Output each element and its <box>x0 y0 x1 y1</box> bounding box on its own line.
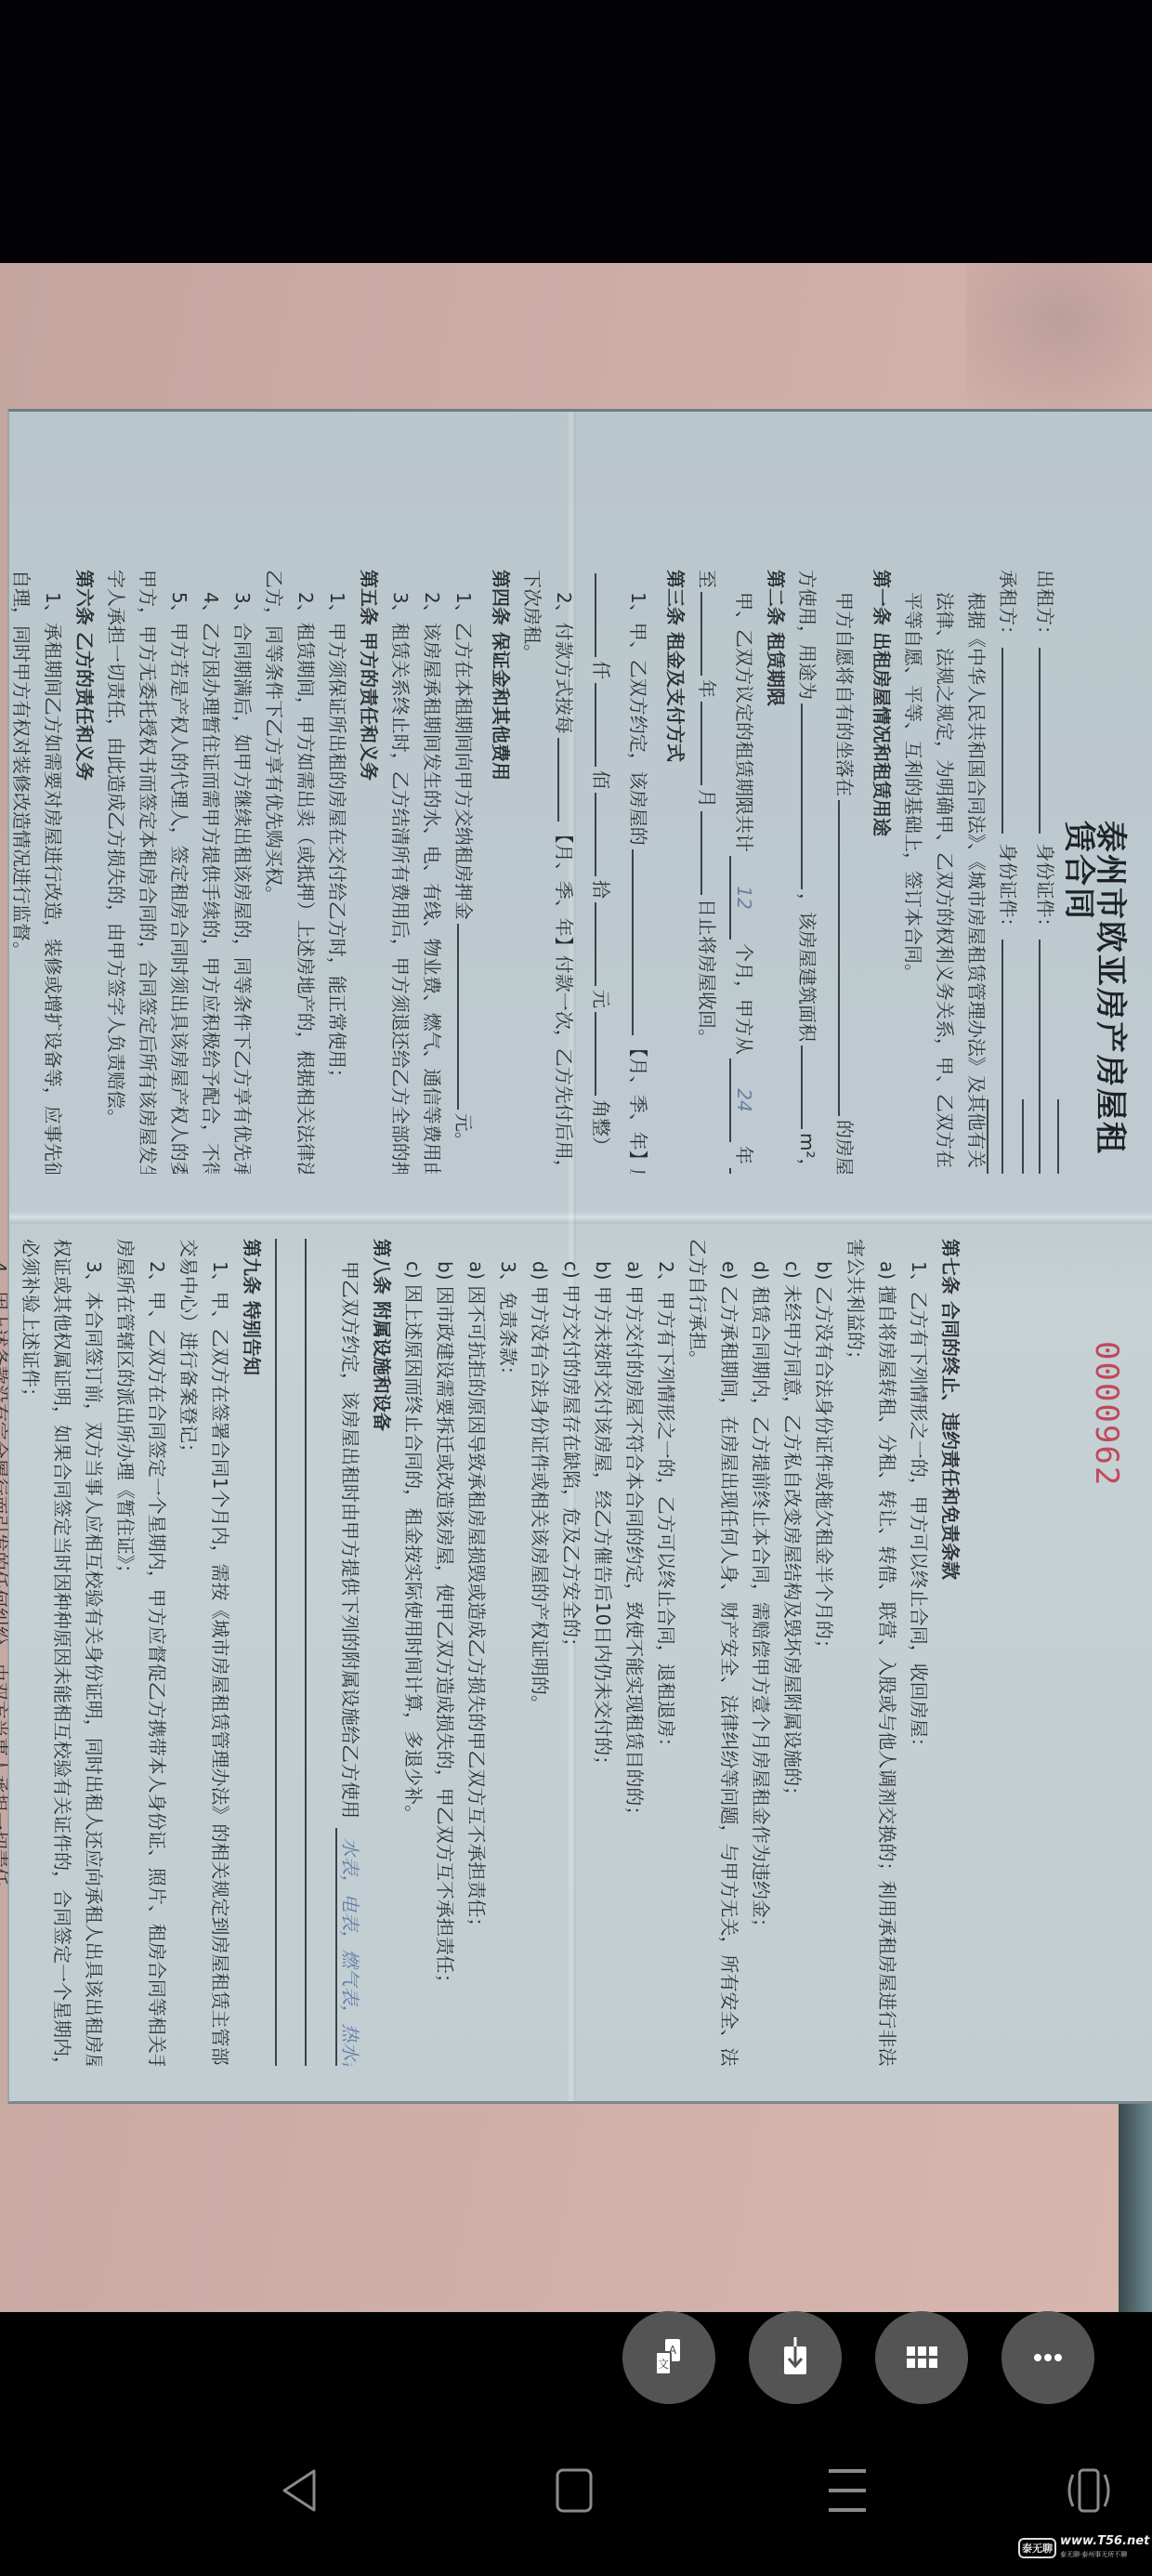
article-5-line: 字人承担一切责任，由此造成乙方损失的，由甲方签字人负责赔偿。 <box>100 570 132 1174</box>
text: 元 <box>590 990 612 1008</box>
svg-text:文: 文 <box>658 2358 669 2371</box>
navigation-bar: 泰无聊 www.T56.net泰无聊·泰州事无所不聊 <box>0 2416 1152 2576</box>
start-month-field: 11 <box>729 1168 757 1174</box>
text: 元。 <box>452 1113 475 1150</box>
text: 的房屋（以下简称为“该房屋”），出租给乙 <box>833 1120 856 1174</box>
article-4-item-3: 3、租赁关系终止时，乙方结清所有费用后，甲方须退还给乙方全部的押金。 <box>385 570 416 1174</box>
article-1-line-2: 方使用，用途为，该房屋建筑面积m²，车库面积m²。 <box>792 570 829 1174</box>
article-5-line: 甲方，甲方无委托授权书而签定本租房合同的，合同签定后所有该房屋发生的产权纠纷和不… <box>132 570 164 1174</box>
text: 年 <box>733 1146 755 1164</box>
rent-yuan-field <box>595 902 622 986</box>
text: 1、乙方在本租期间向甲方交纳租房押金 <box>452 592 475 920</box>
watermark-url: www.T56.net泰无聊·泰州事无所不聊 <box>1060 2535 1149 2561</box>
text: 甲方自愿将自有的坐落在 <box>833 592 856 796</box>
translate-icon: A 文 <box>645 2333 693 2382</box>
lessor-name-field <box>1039 648 1067 834</box>
end-year-field <box>700 592 728 676</box>
rent-bai-field <box>595 683 622 767</box>
end-month-field <box>700 702 728 785</box>
text: 至 <box>696 570 718 588</box>
back-triangle-icon <box>279 2467 320 2514</box>
download-icon <box>771 2333 819 2382</box>
rent-qian-field <box>595 573 622 657</box>
article-5-line: 2、租赁期间，甲方如需出卖（或抵押）上述房地产的，根据相关法律法规甲方需提前三个… <box>290 570 321 1174</box>
more-button[interactable] <box>1001 2311 1094 2404</box>
usage-field <box>801 703 829 889</box>
rotate-phone-icon <box>1064 2467 1114 2514</box>
start-year-field: 24 <box>729 1058 757 1142</box>
back-button[interactable] <box>279 2467 320 2517</box>
status-area <box>0 0 1152 263</box>
text: 角整） <box>590 1099 612 1155</box>
lessor-id-label: 身份证件： <box>1034 843 1056 936</box>
download-button[interactable] <box>749 2311 842 2404</box>
rent-shi-field <box>595 793 622 876</box>
party-lessee-line: 承租方： 身份证件： （简称乙方） <box>992 570 1029 1174</box>
text: m²，车库面积 <box>796 1133 818 1174</box>
text: 2、付款方式按每 <box>553 592 575 734</box>
tagline: 泰无聊·泰州事无所不聊 <box>1060 2551 1127 2558</box>
article-2-line-1: 甲、乙双方议定的租赁期限共计12个月，甲方从24年11月27日起将出租的房屋交付… <box>728 570 760 1174</box>
preamble: 根据《中华人民共和国合同法》、《城市房屋租赁管理办法》及其他有关法律、法规之规定… <box>897 570 992 1174</box>
text: 日止将房屋收回。 <box>696 899 718 1047</box>
lessee-id-label: 身份证件： <box>997 843 1019 936</box>
area-field <box>801 1045 829 1129</box>
text: 甲、乙双方议定的租赁期限共计 <box>733 592 755 852</box>
apps-grid-button[interactable] <box>875 2311 968 2404</box>
article-6-line: 自理，同时甲方有权对装修改造情况进行监督。 <box>7 570 37 1174</box>
translate-button[interactable]: A 文 <box>622 2311 715 2404</box>
text: 1、甲、乙双方约定，该房屋的 <box>627 592 649 846</box>
article-5-line: 乙方，同等条件下乙方享有优先购买权。 <box>258 570 290 1174</box>
deposit-field <box>457 924 485 1110</box>
article-5-line: 3、合同期满后，如甲方继续出租该房屋的，同等条件下乙方享有优先承租权。 <box>227 570 258 1174</box>
recents-button[interactable] <box>827 2467 868 2517</box>
lessee-name-field <box>1001 648 1029 834</box>
lessee-label: 承租方： <box>997 570 1019 644</box>
article-5-title: 第五条 甲方的责任和义务 <box>353 570 385 1174</box>
text: 方使用，用途为 <box>796 570 818 700</box>
paper-fold-horizontal <box>9 1211 1152 1224</box>
article-5-line: 5、甲方若是产权人的代理人，签定租房合同时须出具该房屋产权人的委托授权书。若房屋… <box>164 570 195 1174</box>
home-button[interactable] <box>554 2467 595 2517</box>
article-3-line-1: 1、甲、乙双方约定，该房屋的【月、季、年】度租金为元。（大写：万 <box>622 570 660 1174</box>
article-6-title: 第六条 乙方的责任和义务 <box>69 570 100 1174</box>
article-4-item-1: 1、乙方在本租期间向甲方交纳租房押金元。 <box>448 570 485 1174</box>
contract-title: 泰州市欧亚房产房屋租赁合同 <box>1063 821 1126 1174</box>
end-day-field <box>700 811 728 895</box>
menu-lines-icon <box>827 2467 868 2514</box>
grid-icon <box>897 2333 946 2382</box>
background-object <box>1119 2084 1152 2312</box>
article-3-line-3: 2、付款方式按每【月、季、年】付款一次，乙方先付后用，房租到期时乙方需要提前天缴… <box>548 570 585 1174</box>
article-5-line: 4、乙方因办理暂住证而需甲方提供手续的，甲方应积极给予配合，不得借故推托； <box>195 570 227 1174</box>
more-icon <box>1024 2333 1072 2382</box>
contract-page-1: 泰州市欧亚房产房屋租赁合同 0000962 出租方： 身份证件： （简称甲方） … <box>9 412 1152 1211</box>
text: 佰 <box>590 770 612 789</box>
photo-viewer-image[interactable]: 泰州市欧亚房产房屋租赁合同 0000962 出租方： 身份证件： （简称甲方） … <box>0 263 1152 2312</box>
text: ，该房屋建筑面积 <box>796 893 818 1042</box>
article-3-title: 第三条 租金及支付方式 <box>660 570 691 1174</box>
article-2-title: 第二条 租赁期限 <box>760 570 792 1174</box>
text: 月 <box>696 789 718 808</box>
viewer-action-bar: A 文 <box>0 2311 1152 2412</box>
article-4-item-2: 2、该房屋承租期间发生的水、电、有线、物业费、燃气、通信等费用由乙方承担。 <box>416 570 448 1174</box>
rent-jiao-field <box>595 1012 622 1096</box>
article-6-line: 1、承租期间乙方如需要对房屋进行改造，装修或增扩设备等，应事先征得甲方的同意，相… <box>37 570 69 1174</box>
article-1-title: 第一条 出租房屋情况和租赁用途 <box>866 570 897 1174</box>
home-square-icon <box>554 2467 595 2514</box>
lessor-label: 出租方： <box>1034 570 1056 644</box>
article-1-line-1: 甲方自愿将自有的坐落在的房屋（以下简称为“该房屋”），出租给乙 <box>829 570 866 1174</box>
rent-period-field <box>632 849 660 1035</box>
serial-number: 0000962 <box>1091 1341 1122 1487</box>
article-6-items: 1、承租期间乙方如需要对房屋进行改造，装修或增扩设备等，应事先征得甲方的同意，相… <box>7 570 69 1174</box>
article-4-title: 第四条 保证金和其他费用 <box>485 570 517 1174</box>
watermark-logo: 泰无聊 <box>1018 2538 1056 2558</box>
article-5-line: 1、甲方须保证所出租的房屋在交付给乙方时，能正常使用； <box>321 570 353 1174</box>
text: 年 <box>696 679 718 698</box>
property-address-field <box>838 800 866 1116</box>
payment-cycle-field <box>557 738 585 821</box>
contract-paper: 泰州市欧亚房产房屋租赁合同 0000962 出租方： 身份证件： （简称甲方） … <box>7 409 1152 2104</box>
url: www.T56.net <box>1060 2534 1149 2548</box>
text: 【月、季、年】度租金为 <box>627 1039 649 1174</box>
rotate-button[interactable] <box>1064 2467 1114 2517</box>
site-watermark: 泰无聊 www.T56.net泰无聊·泰州事无所不聊 <box>1018 2535 1149 2561</box>
text: 仟 <box>590 661 612 679</box>
article-2-line-2: 至年月日止将房屋收回。 <box>691 570 728 1174</box>
lease-months-field: 12 <box>729 856 757 940</box>
text: 【月、季、年】付款一次，乙方先付后用，房租到期时乙方需要提前 <box>553 825 575 1174</box>
article-5-items: 1、甲方须保证所出租的房屋在交付给乙方时，能正常使用；2、租赁期间，甲方如需出卖… <box>100 570 353 1174</box>
lessee-id-field <box>1001 940 1029 1174</box>
article-3-line-4: 下次房租。 <box>517 570 548 1174</box>
article-3-line-2: 仟佰拾元角整） <box>585 570 622 1174</box>
text: 拾 <box>590 880 612 899</box>
text: 个月，甲方从 <box>733 943 755 1055</box>
